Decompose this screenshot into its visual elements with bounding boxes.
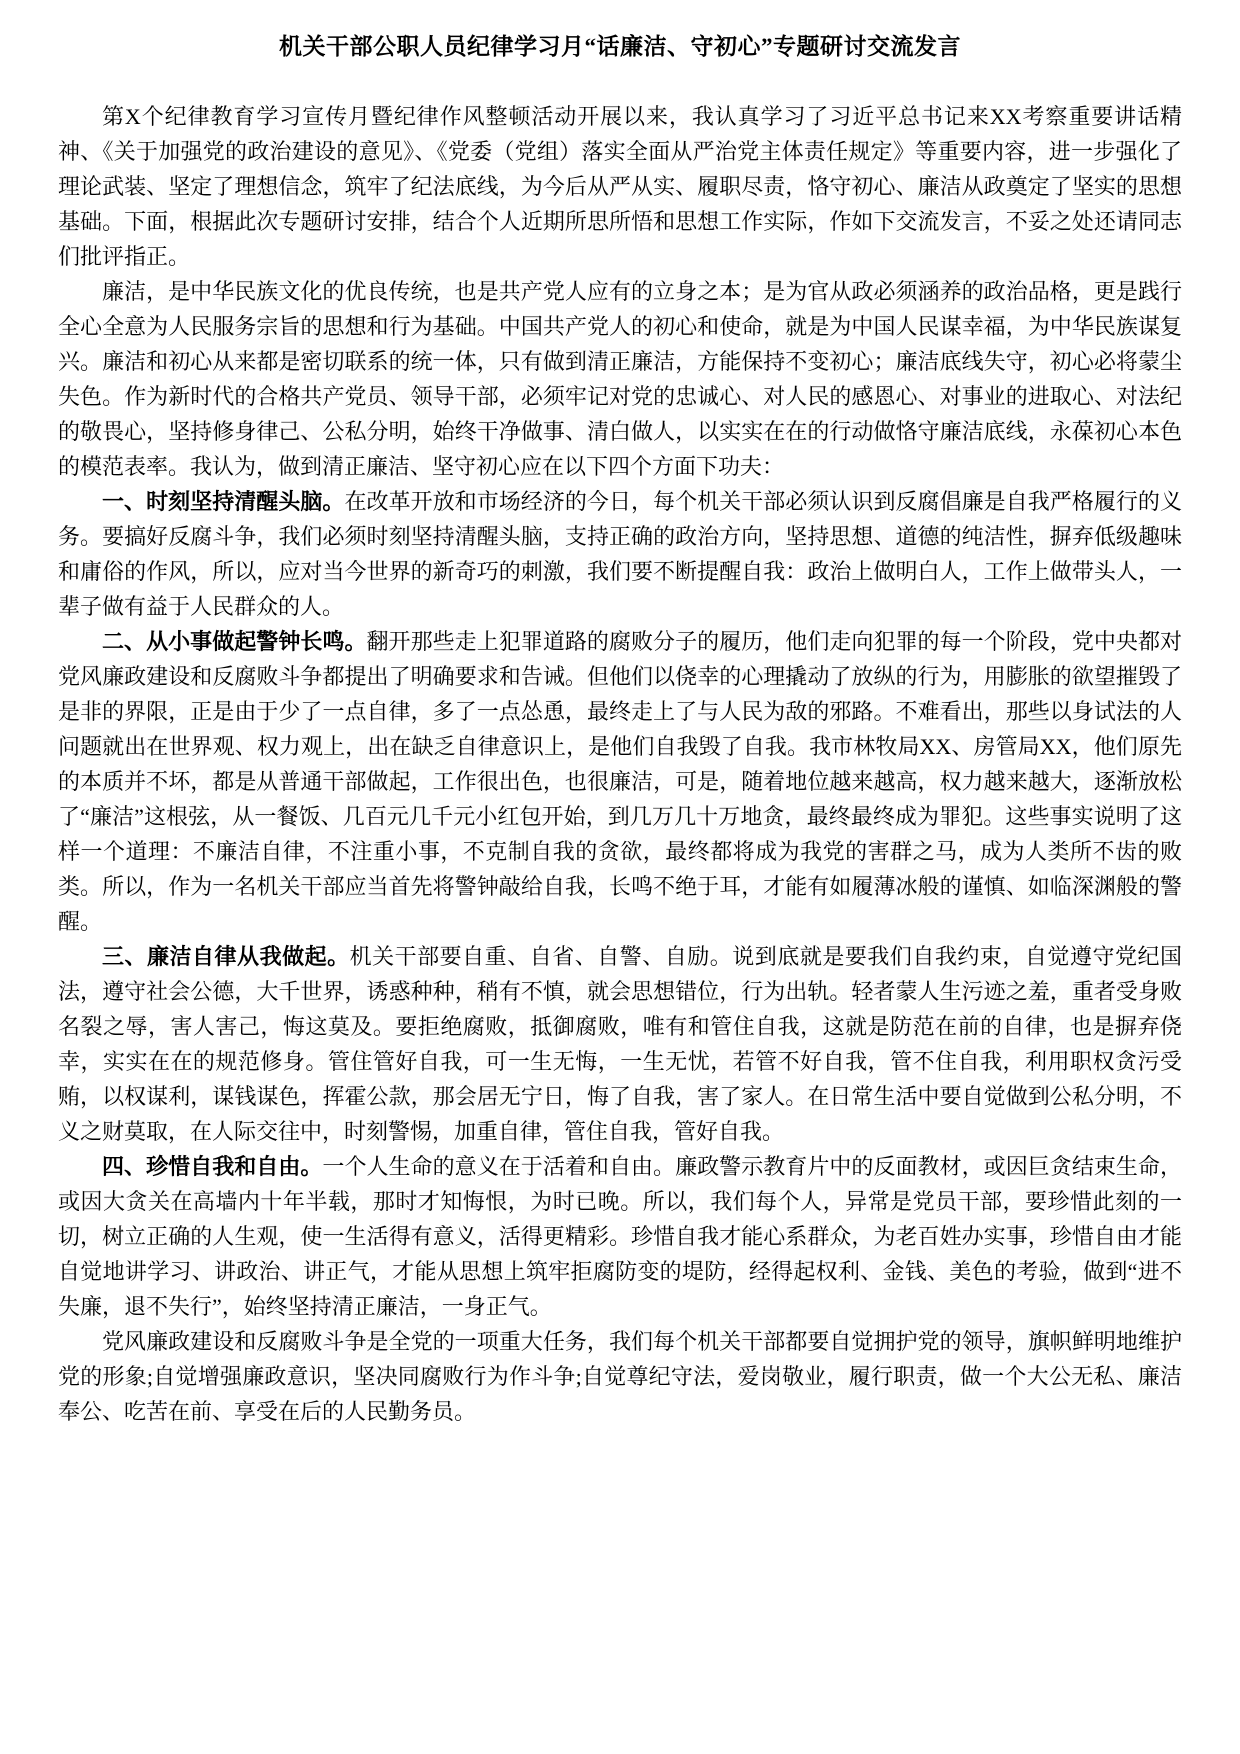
section-heading-2: 二、从小事做起警钟长鸣。 xyxy=(102,629,367,654)
document-title: 机关干部公职人员纪律学习月“话廉洁、守初心”专题研讨交流发言 xyxy=(58,28,1182,61)
paragraph-section-3: 三、廉洁自律从我做起。机关干部要自重、自省、自警、自励。说到底就是要我们自我约束… xyxy=(58,939,1182,1149)
paragraph-section-1: 一、时刻坚持清醒头脑。在改革开放和市场经济的今日，每个机关干部必须认识到反腐倡廉… xyxy=(58,484,1182,624)
section-heading-4: 四、珍惜自我和自由。 xyxy=(102,1154,322,1179)
paragraph-text: 机关干部要自重、自省、自警、自励。说到底就是要我们自我约束，自觉遵守党纪国法，遵… xyxy=(58,944,1182,1144)
paragraph-text: 廉洁，是中华民族文化的优良传统，也是共产党人应有的立身之本；是为官从政必须涵养的… xyxy=(58,279,1182,479)
document-page: 机关干部公职人员纪律学习月“话廉洁、守初心”专题研讨交流发言 第X个纪律教育学习… xyxy=(0,0,1240,1754)
paragraph-closing: 党风廉政建设和反腐败斗争是全党的一项重大任务，我们每个机关干部都要自觉拥护党的领… xyxy=(58,1324,1182,1429)
paragraph-overview: 廉洁，是中华民族文化的优良传统，也是共产党人应有的立身之本；是为官从政必须涵养的… xyxy=(58,274,1182,484)
paragraph-intro: 第X个纪律教育学习宣传月暨纪律作风整顿活动开展以来，我认真学习了习近平总书记来X… xyxy=(58,99,1182,274)
section-heading-3: 三、廉洁自律从我做起。 xyxy=(102,944,350,969)
paragraph-section-4: 四、珍惜自我和自由。一个人生命的意义在于活着和自由。廉政警示教育片中的反面教材，… xyxy=(58,1149,1182,1324)
paragraph-text: 第X个纪律教育学习宣传月暨纪律作风整顿活动开展以来，我认真学习了习近平总书记来X… xyxy=(58,104,1182,269)
section-heading-1: 一、时刻坚持清醒头脑。 xyxy=(102,489,344,514)
paragraph-section-2: 二、从小事做起警钟长鸣。翻开那些走上犯罪道路的腐败分子的履历，他们走向犯罪的每一… xyxy=(58,624,1182,939)
paragraph-text: 翻开那些走上犯罪道路的腐败分子的履历，他们走向犯罪的每一个阶段，党中央都对党风廉… xyxy=(58,629,1182,934)
paragraph-text: 党风廉政建设和反腐败斗争是全党的一项重大任务，我们每个机关干部都要自觉拥护党的领… xyxy=(58,1329,1182,1424)
